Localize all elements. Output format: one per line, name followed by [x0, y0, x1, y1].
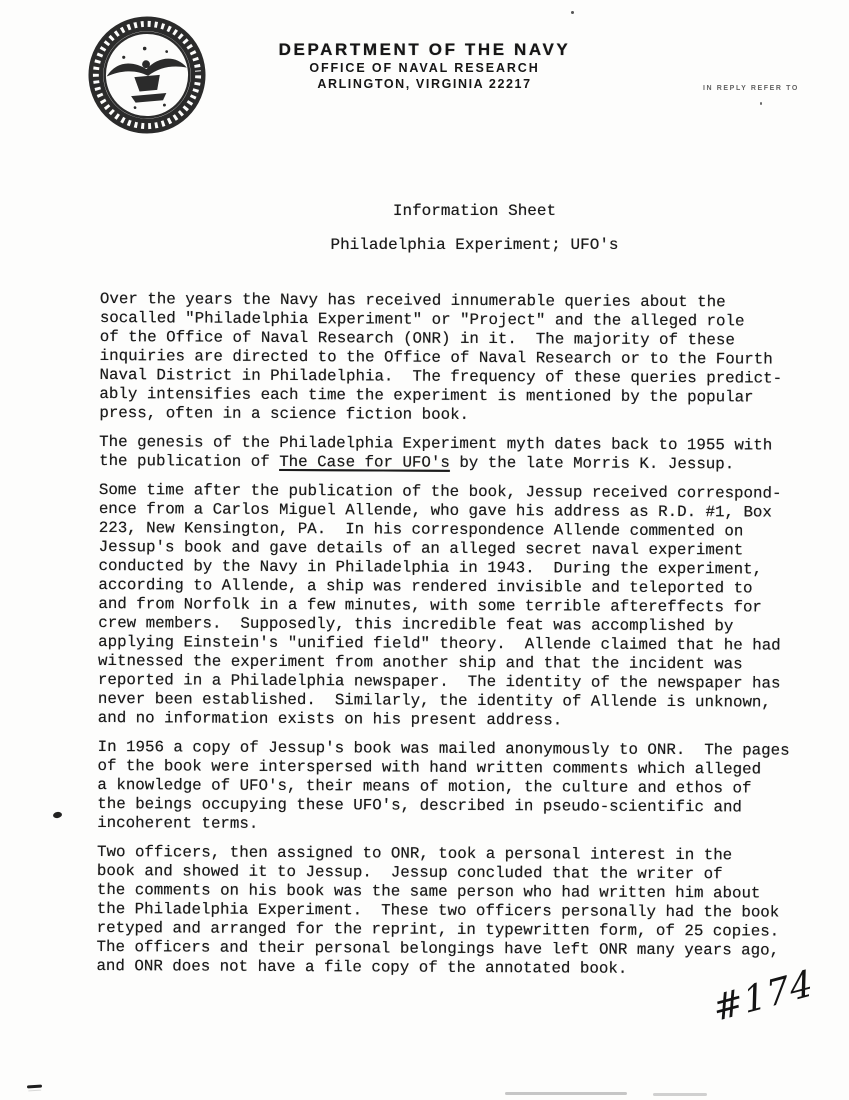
book-title-underlined: The Case for UFO's: [279, 453, 450, 472]
paragraph-3: Some time after the publication of the b…: [98, 481, 819, 732]
scan-speck: [760, 102, 762, 105]
document-body: Over the years the Navy has received inn…: [96, 290, 820, 990]
page-title: Information Sheet: [0, 202, 849, 220]
paragraph-4: In 1956 a copy of Jessup's book was mail…: [97, 738, 817, 837]
scanned-document-page: DEPARTMENT OF THE NAVY OFFICE OF NAVAL R…: [0, 0, 849, 1100]
scan-smudge: [505, 1092, 627, 1095]
paragraph-2-text-end: by the late Morris K. Jessup.: [450, 454, 734, 473]
paragraph-5: Two officers, then assigned to ONR, took…: [96, 843, 817, 980]
scan-dash-mark: [27, 1084, 42, 1088]
scan-speck: [53, 811, 63, 818]
paragraph-2: The genesis of the Philadelphia Experime…: [99, 433, 819, 475]
header-office: OFFICE OF NAVAL RESEARCH: [0, 61, 849, 75]
navy-seal-icon: [83, 9, 211, 141]
paragraph-1: Over the years the Navy has received inn…: [99, 290, 820, 427]
scan-smudge: [653, 1093, 707, 1096]
reply-note: IN REPLY REFER TO: [703, 85, 799, 92]
scan-speck: [571, 11, 574, 14]
page-subtitle: Philadelphia Experiment; UFO's: [0, 236, 849, 254]
header-department: DEPARTMENT OF THE NAVY: [0, 40, 849, 60]
